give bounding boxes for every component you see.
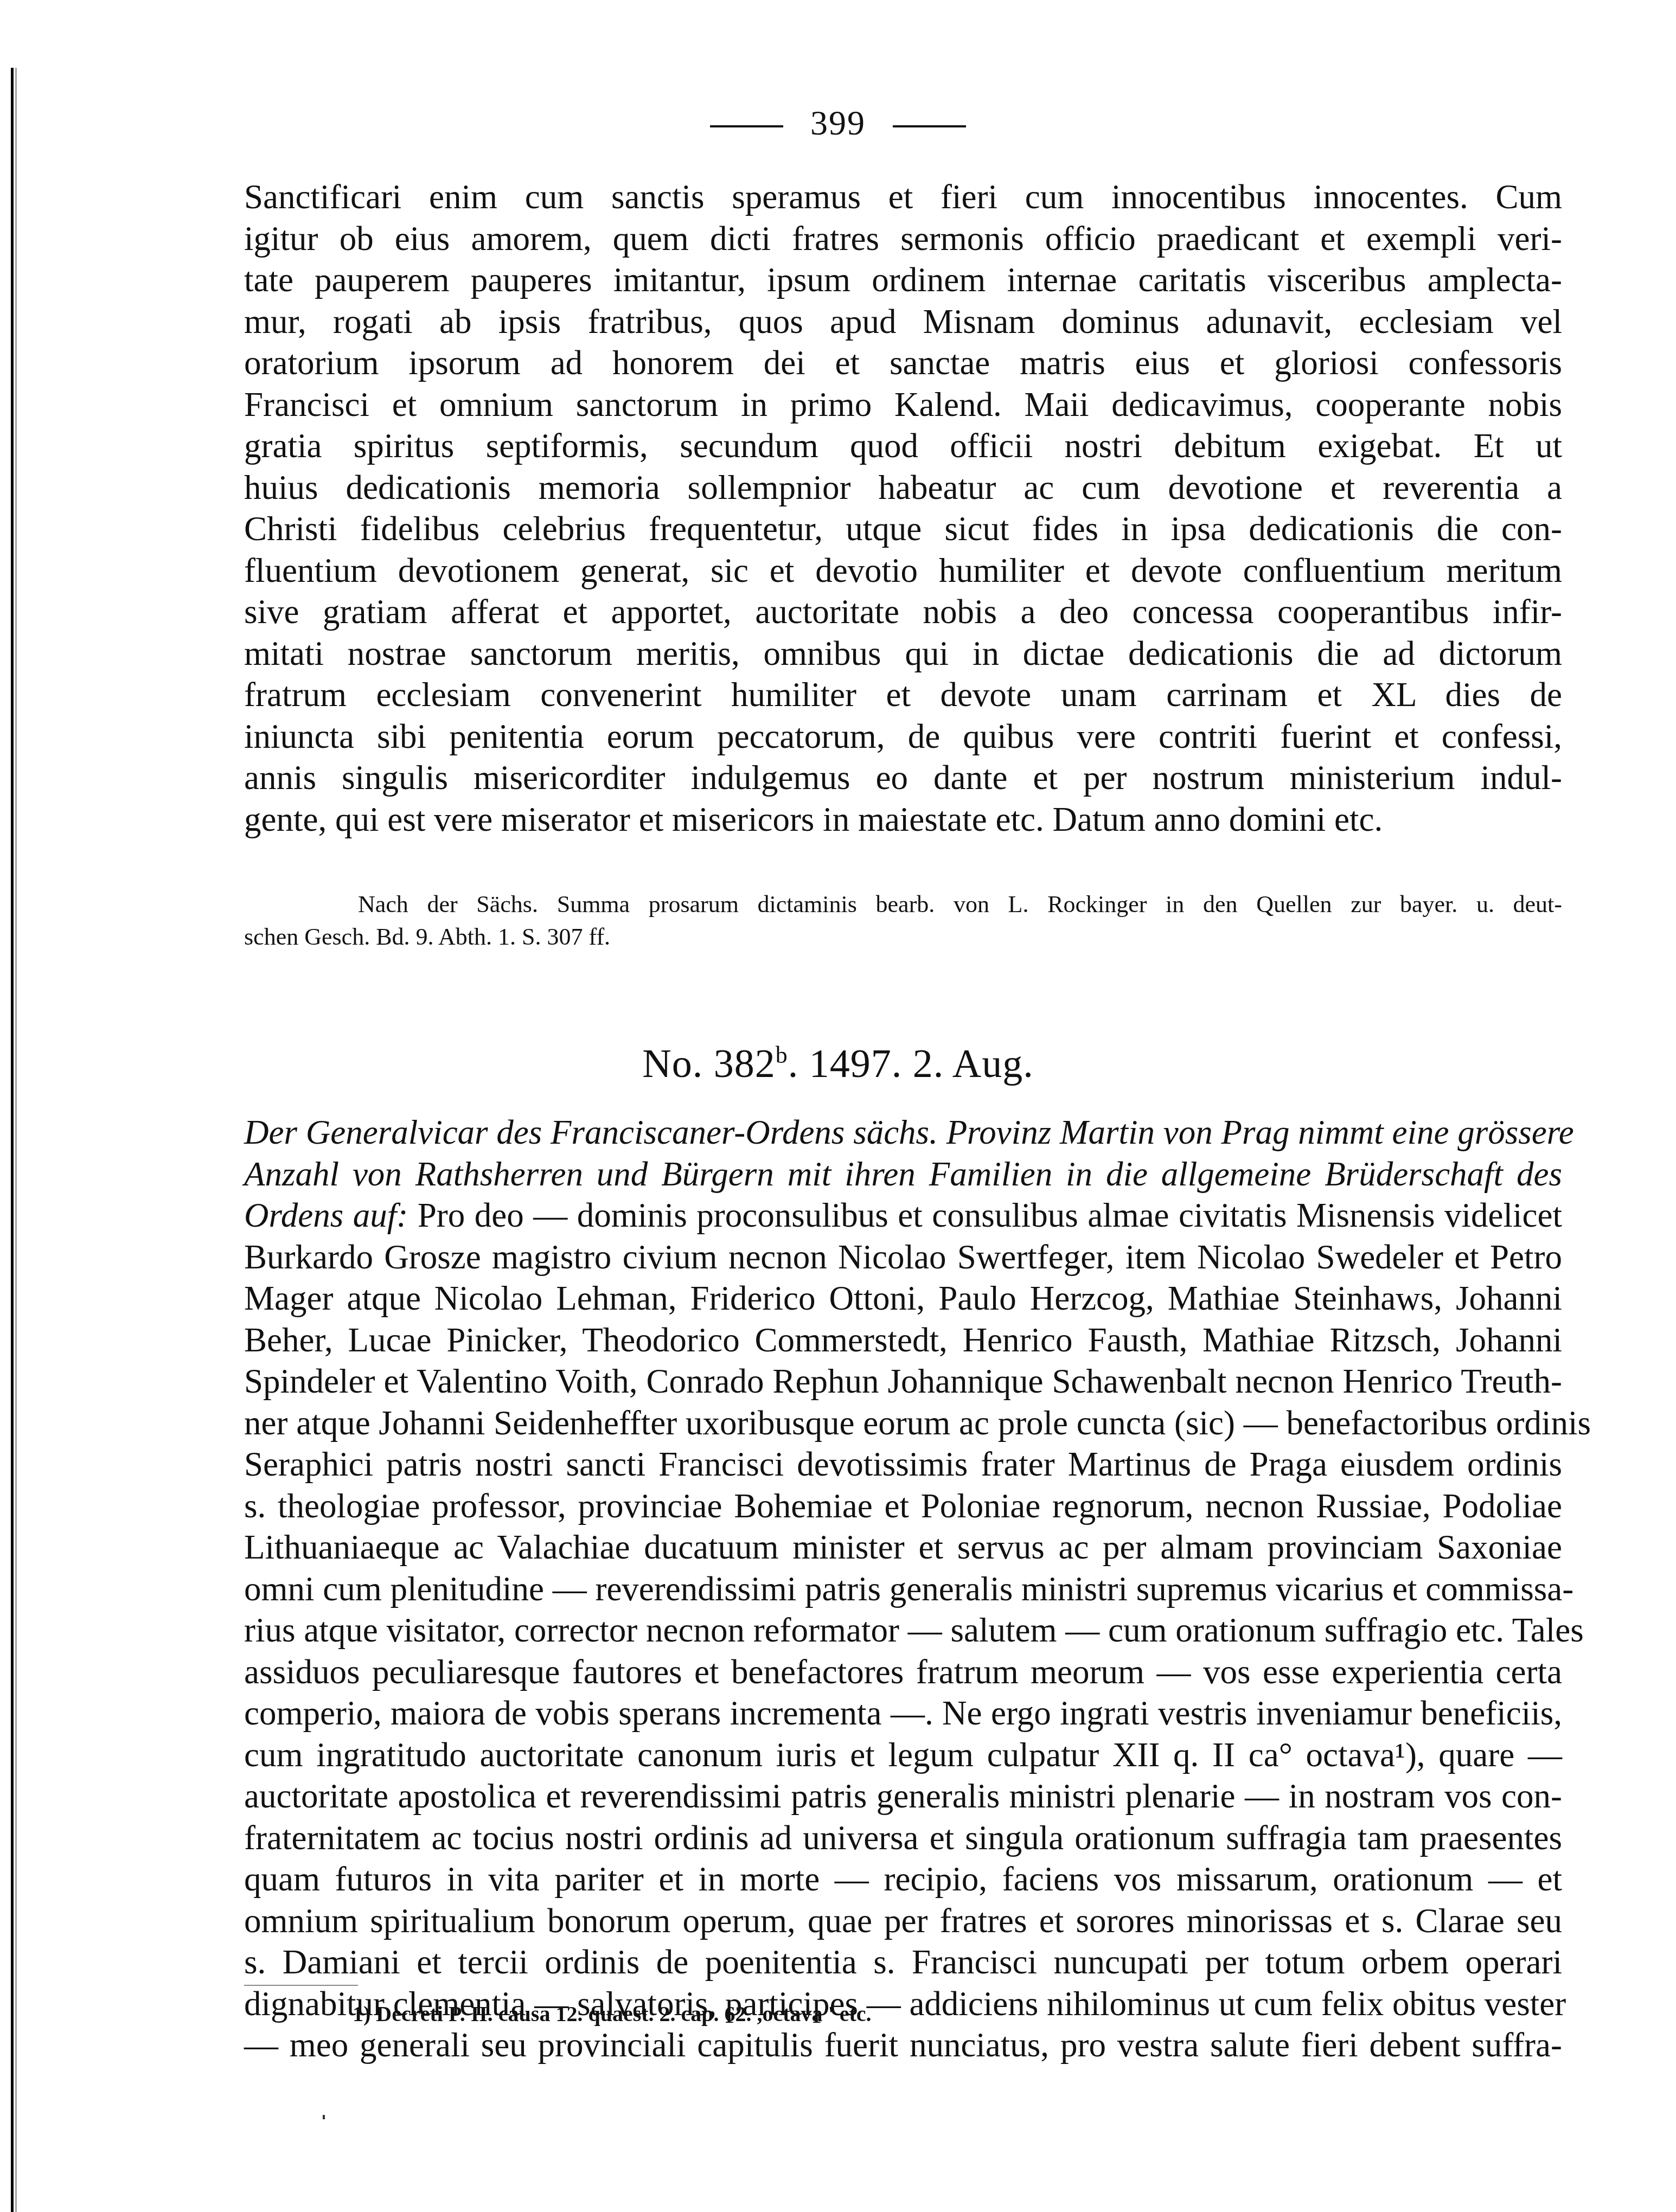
text-line: fratrum ecclesiam convenerint humiliter … [244, 674, 1562, 716]
book-binding-edge [11, 68, 17, 2212]
text-line: ner atque Johanni Seidenheffter uxoribus… [244, 1402, 1562, 1444]
text-line: quam futuros in vita pariter et in morte… [244, 1858, 1562, 1900]
document-number-suffix: b [776, 1042, 788, 1068]
summary-body-join-line: Ordens auf: Pro deo — dominis proconsuli… [244, 1195, 1562, 1236]
text-line: s. theologiae professor, provinciae Bohe… [244, 1485, 1562, 1527]
summary-line: Anzahl von Rathsherren und Bürgern mit i… [244, 1153, 1562, 1195]
footnote-divider [244, 1985, 358, 1986]
text-line: mur, rogati ab ipsis fratribus, quos apu… [244, 301, 1562, 343]
summary-tail: Ordens auf: [244, 1196, 408, 1234]
text-line: gente, qui est vere miserator et miseric… [244, 799, 1562, 841]
source-note-line: Nach der Sächs. Summa prosarum dictamini… [244, 888, 1562, 921]
page-number-dash-right [893, 125, 966, 127]
document-heading: No. 382b. 1497. 2. Aug. [0, 1041, 1676, 1087]
text-line: Lithuaniaeque ac Valachiae ducatuum mini… [244, 1527, 1562, 1568]
text-line: sive gratiam afferat et apportet, auctor… [244, 591, 1562, 633]
text-line: huius dedicationis memoria sollempnior h… [244, 467, 1562, 509]
text-line: comperio, maiora de vobis sperans increm… [244, 1692, 1562, 1734]
text-line: Burkardo Grosze magistro civium necnon N… [244, 1236, 1562, 1278]
text-line: gratia spiritus septiformis, secundum qu… [244, 425, 1562, 467]
body-first-line: Pro deo — dominis proconsulibus et consu… [408, 1196, 1562, 1234]
page-number-value: 399 [810, 104, 866, 142]
text-line: — meo generali seu provinciali capitulis… [244, 2024, 1562, 2066]
document-number: No. 382 [642, 1042, 775, 1086]
text-line: Sanctificari enim cum sanctis speramus e… [244, 176, 1562, 218]
text-line: igitur ob eius amorem, quem dicti fratre… [244, 218, 1562, 260]
document-body: Der Generalvicar des Franciscaner-Ordens… [244, 1112, 1562, 2066]
text-line: s. Damiani et tercii ordinis de poeniten… [244, 1941, 1562, 1983]
text-line: Seraphici patris nostri sancti Francisci… [244, 1444, 1562, 1485]
text-line: cum ingratitudo auctoritate canonum iuri… [244, 1734, 1562, 1776]
text-line: fluentium devotionem generat, sic et dev… [244, 550, 1562, 592]
page-number-dash-left [710, 125, 783, 127]
upper-text-block: Sanctificari enim cum sanctis speramus e… [244, 176, 1562, 840]
scan-speck [323, 2115, 325, 2119]
source-note-line: schen Gesch. Bd. 9. Abth. 1. S. 307 ff. [244, 921, 1562, 953]
text-line: Beher, Lucae Pinicker, Theodorico Commer… [244, 1319, 1562, 1361]
text-line: omni cum plenitudine — reverendissimi pa… [244, 1568, 1562, 1610]
text-line: assiduos peculiaresque fautores et benef… [244, 1651, 1562, 1693]
text-line: tate pauperem pauperes imitantur, ipsum … [244, 259, 1562, 301]
text-line: fraternitatem ac tocius nostri ordinis a… [244, 1817, 1562, 1859]
text-line: mitati nostrae sanctorum meritis, omnibu… [244, 633, 1562, 675]
text-line: iniuncta sibi penitentia eorum peccatoru… [244, 716, 1562, 758]
text-line: rius atque visitator, corrector necnon r… [244, 1610, 1562, 1651]
page-number: 399 [0, 103, 1676, 143]
text-line: oratorium ipsorum ad honorem dei et sanc… [244, 342, 1562, 384]
source-note: Nach der Sächs. Summa prosarum dictamini… [244, 888, 1562, 953]
text-line: Christi fidelibus celebrius frequentetur… [244, 508, 1562, 550]
text-line: Spindeler et Valentino Voith, Conrado Re… [244, 1361, 1562, 1402]
document-date: . 1497. 2. Aug. [788, 1042, 1034, 1086]
text-line: auctoritate apostolica et reverendissimi… [244, 1775, 1562, 1817]
summary-line: Der Generalvicar des Franciscaner-Ordens… [244, 1112, 1562, 1153]
text-line: Mager atque Nicolao Lehman, Friderico Ot… [244, 1278, 1562, 1319]
body-lines: Burkardo Grosze magistro civium necnon N… [244, 1236, 1562, 2066]
text-line: omnium spiritualium bonorum operum, quae… [244, 1900, 1562, 1942]
text-line: Francisci et omnium sanctorum in primo K… [244, 384, 1562, 426]
text-line: annis singulis misericorditer indulgemus… [244, 757, 1562, 799]
footnote: 1) Decreti P. II. causa 12. quaest. 2. c… [353, 2001, 872, 2027]
